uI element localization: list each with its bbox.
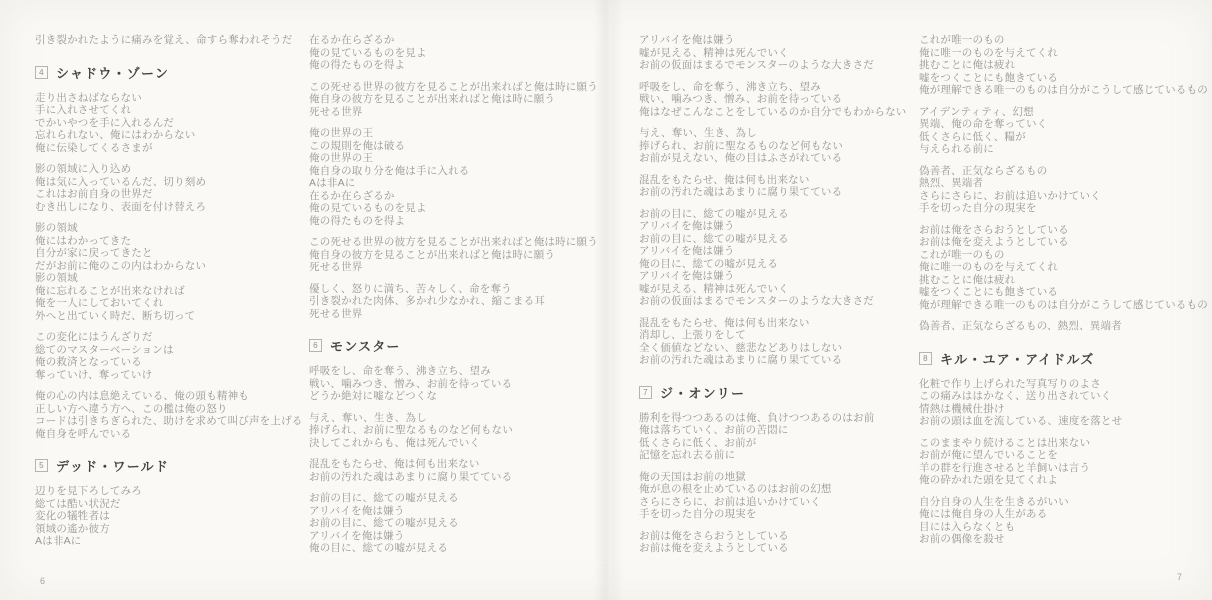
lyric-line: お前は俺を変えようとしている [919, 236, 1211, 249]
lyric-line: 嘘が見える、精神は死んでいく [639, 47, 939, 60]
lyric-line: お前の偶像を殺せ [919, 533, 1211, 546]
lyric-line: 俺が理解できる唯一のものは自分がこうして感じているもの [919, 299, 1211, 312]
lyric-line: 引き裂かれたように痛みを覚え、命すら奪われそうだ [35, 34, 323, 47]
lyric-line: 俺に唯一のものを与えてくれ [919, 261, 1211, 274]
verse: お前の目に、総ての嘘が見えるアリバイを俺は嫌うお前の目に、総ての嘘が見えるアリバ… [309, 492, 609, 555]
verse: アリバイを俺は嫌う嘘が見える、精神は死んでいくお前の仮面はまるでモンスターのよう… [639, 34, 939, 72]
lyric-line: アリバイを俺は嫌う [639, 245, 939, 258]
lyric-line: 変化の犠牲者は [35, 510, 323, 523]
verse: 偽善者、正気ならざるもの熱烈、異端者さらにさらに、お前は追いかけていく手を切った… [919, 165, 1211, 215]
lyric-line: 辺りを見下ろしてみろ [35, 485, 323, 498]
lyric-line: 総てのマスターベーションは [35, 344, 323, 357]
lyric-line: 走り出さねばならない [35, 92, 323, 105]
lyric-line: さらにさらに、お前は追いかけていく [919, 190, 1211, 203]
lyric-line: 俺にはわかってきた [35, 235, 323, 248]
lyric-line: お前の汚れた魂はあまりに腐り果てている [639, 354, 939, 367]
lyric-line: 記憶を忘れ去る前に [639, 449, 939, 462]
track-title: モンスター [330, 336, 401, 355]
lyric-line: 混乱をもたらせ、俺は何も出来ない [309, 458, 609, 471]
lyric-line: 死せる世界 [309, 261, 609, 274]
lyric-line: 俺には俺自身の人生がある [919, 508, 1211, 521]
lyric-line: 俺の世界の王 [309, 152, 609, 165]
lyric-line: さらにさらに、お前は追いかけていく [639, 496, 939, 509]
lyric-line: お前の仮面はまるでモンスターのような大きさだ [639, 59, 939, 72]
verse: 俺の世界の王この規則を俺は破る俺の世界の王俺自身の取り分を俺は手に入れるAは非A… [309, 127, 609, 227]
lyric-line: 手を切った自分の現実を [639, 508, 939, 521]
lyric-line: 俺自身の取り分を俺は手に入れる [309, 165, 609, 178]
lyric-line: 俺に忘れることが出来なければ [35, 285, 323, 298]
lyric-line: 化粧で作り上げられた写真写りのよさ [919, 378, 1211, 391]
lyric-line: 勝利を得つつあるのは俺、負けつつあるのはお前 [639, 412, 939, 425]
lyric-line: どうか絶対に嘘などつくな [309, 390, 609, 403]
verse: 優しく、怒りに満ち、苦々しく、命を奪う引き裂かれた肉体、多かれ少なかれ、縮こまる… [309, 283, 609, 321]
verse: 混乱をもたらせ、俺は何も出来ないお前の汚れた魂はあまりに腐り果てている [639, 174, 939, 199]
verse: 俺の心の内は息絶えている、俺の頭も精神も正しい方へ違う方へ、この檻は俺の怒りコー… [35, 390, 323, 440]
lyric-line: 俺の目に、総ての嘘が見える [309, 542, 609, 555]
lyric-line: 目には入らなくとも [919, 521, 1211, 534]
lyric-line: 俺が理解できる唯一のものは自分がこうして感じているもの [919, 84, 1211, 97]
lyric-line: 嘘をつくことにも飽きている [919, 286, 1211, 299]
verse: 呼吸をし、命を奪う、沸き立ち、望み戦い、噛みつき、憎み、お前を待っているどうか絶… [309, 365, 609, 403]
verse: 辺りを見下ろしてみろ総ては酷い状況だ変化の犠牲者は領域の遙か彼方Aは非Aに [35, 485, 323, 548]
lyric-line: 死せる世界 [309, 106, 609, 119]
lyric-line: このままやり続けることは出来ない [919, 437, 1211, 450]
lyric-line: 奪っていけ、奪っていけ [35, 369, 323, 382]
lyrics-column-2: 在るか在らざるか俺の見ているものを見よ俺の得たものを得よこの死せる世界の彼方を見… [309, 34, 609, 564]
lyric-line: これが唯一のもの [919, 249, 1211, 262]
verse: 与え、奪い、生き、為し捧げられ、お前に聖なるものなど何もない決してこれからも、俺… [309, 412, 609, 450]
lyric-line: 俺の世界の王 [309, 127, 609, 140]
lyric-line: アリバイを俺は嫌う [309, 505, 609, 518]
lyric-line: 戦い、噛みつき、憎み、お前を待っている [309, 378, 609, 391]
lyric-line: 与えられる前に [919, 143, 1211, 156]
lyric-line: 与え、奪い、生き、為し [309, 412, 609, 425]
lyric-line: Aは非Aに [309, 177, 609, 190]
verse: 呼吸をし、命を奪う、沸き立ち、望み戦い、噛みつき、憎み、お前を待っている俺はなぜ… [639, 81, 939, 119]
lyric-line: アリバイを俺は嫌う [639, 34, 939, 47]
track-number-box: 8 [919, 352, 932, 365]
track-heading: 6モンスター [309, 338, 609, 353]
verse: これが唯一のもの俺に唯一のものを与えてくれ挑むことに俺は疲れ嘘をつくことにも飽き… [919, 34, 1211, 97]
lyric-line: この変化にはうんざりだ [35, 331, 323, 344]
lyric-line: 俺の見ているものを見よ [309, 47, 609, 60]
verse: この変化にはうんざりだ総てのマスターベーションは俺の救済となっている奪っていけ、… [35, 331, 323, 381]
lyric-line: 混乱をもたらせ、俺は何も出来ない [639, 317, 939, 330]
lyric-line: 呼吸をし、命を奪う、沸き立ち、望み [309, 365, 609, 378]
lyric-line: お前の仮面はまるでモンスターのような大きさだ [639, 295, 939, 308]
lyric-line: お前が俺に望んでいることを [919, 449, 1211, 462]
lyric-line: 偽善者、正気ならざるもの、熱烈、異端者 [919, 320, 1211, 333]
verse: お前は俺をさらおうとしているお前は俺を変えようとしている [639, 530, 939, 555]
lyric-line: 俺の天国はお前の地獄 [639, 471, 939, 484]
track-heading: 7ジ・オンリー [639, 385, 939, 400]
lyric-line: お前は俺をさらおうとしている [919, 224, 1211, 237]
lyric-line: 総ては酷い状況だ [35, 498, 323, 511]
track-title: シャドウ・ゾーン [56, 63, 169, 82]
lyric-line: アリバイを俺は嫌う [639, 270, 939, 283]
lyric-line: アリバイを俺は嫌う [639, 220, 939, 233]
track-heading: 4シャドウ・ゾーン [35, 65, 323, 80]
lyric-line: 手を切った自分の現実を [919, 202, 1211, 215]
lyric-line: 熱烈、異端者 [919, 177, 1211, 190]
track-number-box: 6 [309, 339, 322, 352]
lyric-line: 捧げられ、お前に聖なるものなど何もない [639, 140, 939, 153]
lyric-line: 俺が息の根を止めているのはお前の幻想 [639, 483, 939, 496]
lyric-line: 俺の得たものを得よ [309, 59, 609, 72]
lyric-line: 俺の得たものを得よ [309, 215, 609, 228]
verse: 影の領域に入り込め俺は気に入っているんだ、切り刻めこれはお前自身の世界だむき出し… [35, 163, 323, 213]
lyric-line: お前は俺をさらおうとしている [639, 530, 939, 543]
booklet-spread: 引き裂かれたように痛みを覚え、命すら奪われそうだ4シャドウ・ゾーン走り出さねばな… [0, 0, 1212, 600]
lyric-line: お前の目に、総ての嘘が見える [639, 233, 939, 246]
verse: 混乱をもたらせ、俺は何も出来ないお前の汚れた魂はあまりに腐り果てている [309, 458, 609, 483]
lyric-line: 情熱は機械仕掛け [919, 403, 1211, 416]
lyric-line: 影の領域に入り込め [35, 163, 323, 176]
lyric-line: 在るか在らざるか [309, 190, 609, 203]
lyric-line: 挑むことに俺は疲れ [919, 59, 1211, 72]
lyric-line: 影の領域 [35, 222, 323, 235]
verse: お前は俺をさらおうとしているお前は俺を変えようとしているこれが唯一のもの俺に唯一… [919, 224, 1211, 312]
lyric-line: 俺に唯一のものを与えてくれ [919, 47, 1211, 60]
lyric-line: 決してこれからも、俺は死んでいく [309, 437, 609, 450]
lyric-line: 羊の群を行進させると羊飼いは言う [919, 462, 1211, 475]
lyrics-column-3: アリバイを俺は嫌う嘘が見える、精神は死んでいくお前の仮面はまるでモンスターのよう… [639, 34, 939, 564]
lyric-line: お前の頭は血を流している、速度を落とせ [919, 415, 1211, 428]
track-title: キル・ユア・アイドルズ [940, 349, 1095, 368]
verse: 俺の天国はお前の地獄俺が息の根を止めているのはお前の幻想さらにさらに、お前は追い… [639, 471, 939, 521]
lyric-line: 低くさらに低く、糧が [919, 131, 1211, 144]
verse: 偽善者、正気ならざるもの、熱烈、異端者 [919, 320, 1211, 333]
track-title: ジ・オンリー [660, 383, 745, 402]
track-title: デッド・ワールド [56, 456, 169, 475]
lyric-line: 外へと出ていく時だ、断ち切って [35, 310, 323, 323]
verse: このままやり続けることは出来ないお前が俺に望んでいることを羊の群を行進させると羊… [919, 437, 1211, 487]
lyric-line: アイデンティティ、幻想 [919, 106, 1211, 119]
lyric-line: 消却し、上張りをして [639, 329, 939, 342]
lyric-line: これが唯一のもの [919, 34, 1211, 47]
verse: 在るか在らざるか俺の見ているものを見よ俺の得たものを得よ [309, 34, 609, 72]
lyric-line: 領域の遙か彼方 [35, 523, 323, 536]
lyric-line: 俺に伝染してくるさまが [35, 142, 323, 155]
verse: 走り出さねばならない手に入れさせてくれでかいやつを手に入れるんだ忘れられない、俺… [35, 92, 323, 155]
verse: 化粧で作り上げられた写真写りのよさこの痛みははかなく、送り出されていく情熱は機械… [919, 378, 1211, 428]
track-number-box: 7 [639, 386, 652, 399]
lyric-line: 手に入れさせてくれ [35, 104, 323, 117]
verse: 影の領域俺にはわかってきた自分が家に戻ってきたとだがお前に俺のこの内はわからない… [35, 222, 323, 322]
track-number-box: 4 [35, 66, 48, 79]
lyric-line: 俺を一人にしておいてくれ [35, 297, 323, 310]
verse: アイデンティティ、幻想異端、俺の命を奪っていく低くさらに低く、糧が与えられる前に [919, 106, 1211, 156]
lyric-line: 正しい方へ違う方へ、この檻は俺の怒り [35, 403, 323, 416]
track-heading: 8キル・ユア・アイドルズ [919, 351, 1211, 366]
lyric-line: 自分自身の人生を生きるがいい [919, 496, 1211, 509]
lyric-line: 呼吸をし、命を奪う、沸き立ち、望み [639, 81, 939, 94]
lyric-line: 異端、俺の命を奪っていく [919, 118, 1211, 131]
lyric-line: 俺の目に、総ての嘘が見える [639, 258, 939, 271]
lyric-line: 俺は気に入っているんだ、切り刻め [35, 176, 323, 189]
lyric-line: 在るか在らざるか [309, 34, 609, 47]
lyric-line: だがお前に俺のこの内はわからない [35, 260, 323, 273]
lyric-line: 引き裂かれた肉体、多かれ少なかれ、縮こまる耳 [309, 295, 609, 308]
lyric-line: Aは非Aに [35, 535, 323, 548]
lyric-line: 与え、奪い、生き、為し [639, 127, 939, 140]
lyric-line: お前の目に、総ての嘘が見える [639, 208, 939, 221]
lyric-line: 混乱をもたらせ、俺は何も出来ない [639, 174, 939, 187]
lyrics-column-1: 引き裂かれたように痛みを覚え、命すら奪われそうだ4シャドウ・ゾーン走り出さねばな… [35, 34, 323, 557]
verse: この死せる世界の彼方を見ることが出来ればと俺は時に願う俺自身の彼方を見ることが出… [309, 236, 609, 274]
lyric-line: お前は俺を変えようとしている [639, 542, 939, 555]
lyric-line: お前の目に、総ての嘘が見える [309, 517, 609, 530]
lyric-line: 俺の救済となっている [35, 356, 323, 369]
lyric-line: お前の目に、総ての嘘が見える [309, 492, 609, 505]
page-number-left: 6 [40, 576, 45, 586]
lyric-line: 全く価値などない、慈悲などありはしない [639, 342, 939, 355]
lyric-line: アリバイを俺は嫌う [309, 530, 609, 543]
verse: 自分自身の人生を生きるがいい俺には俺自身の人生がある目には入らなくともお前の偶像… [919, 496, 1211, 546]
lyric-line: 優しく、怒りに満ち、苦々しく、命を奪う [309, 283, 609, 296]
lyric-line: この死せる世界の彼方を見ることが出来ればと俺は時に願う [309, 236, 609, 249]
lyric-line: 俺自身の彼方を見ることが出来ればと俺は時に願う [309, 93, 609, 106]
lyric-line: 偽善者、正気ならざるもの [919, 165, 1211, 178]
lyric-line: 俺は落ちていく、お前の苦悶に [639, 424, 939, 437]
track-number-box: 5 [35, 459, 48, 472]
lyric-line: 自分が家に戻ってきたと [35, 247, 323, 260]
lyric-line: 挑むことに俺は疲れ [919, 274, 1211, 287]
lyric-line: むき出しになり、表面を付け替えろ [35, 201, 323, 214]
track-heading: 5デッド・ワールド [35, 458, 323, 473]
verse: 勝利を得つつあるのは俺、負けつつあるのはお前俺は落ちていく、お前の苦悶に低くさら… [639, 412, 939, 462]
lyric-line: 戦い、噛みつき、憎み、お前を待っている [639, 93, 939, 106]
lyric-line: お前の汚れた魂はあまりに腐り果てている [309, 471, 609, 484]
verse: お前の目に、総ての嘘が見えるアリバイを俺は嫌うお前の目に、総ての嘘が見えるアリバ… [639, 208, 939, 308]
lyric-line: 俺の心の内は息絶えている、俺の頭も精神も [35, 390, 323, 403]
lyric-line: 嘘が見える、精神は死んでいく [639, 283, 939, 296]
lyric-line: 俺の砕かれた頭を見てくれよ [919, 474, 1211, 487]
lyric-line: 俺の見ているものを見よ [309, 202, 609, 215]
lyric-line: 俺自身の彼方を見ることが出来ればと俺は時に願う [309, 249, 609, 262]
lyric-line: 死せる世界 [309, 308, 609, 321]
lyric-line: 忘れられない、俺にはわからない [35, 129, 323, 142]
lyric-line: 嘘をつくことにも飽きている [919, 72, 1211, 85]
page-number-right: 7 [1177, 572, 1182, 582]
lyric-line: 捧げられ、お前に聖なるものなど何もない [309, 424, 609, 437]
lyrics-column-4: これが唯一のもの俺に唯一のものを与えてくれ挑むことに俺は疲れ嘘をつくことにも飽き… [919, 34, 1211, 555]
verse: 与え、奪い、生き、為し捧げられ、お前に聖なるものなど何もないお前が見えない、俺の… [639, 127, 939, 165]
lyric-line: お前が見えない、俺の目はふさがれている [639, 152, 939, 165]
lyric-line: 低くさらに低く、お前が [639, 437, 939, 450]
lyric-line: この痛みははかなく、送り出されていく [919, 390, 1211, 403]
lyric-line: お前の汚れた魂はあまりに腐り果てている [639, 186, 939, 199]
lyric-line: でかいやつを手に入れるんだ [35, 117, 323, 130]
lyric-line: 影の領域 [35, 272, 323, 285]
lyric-line: この死せる世界の彼方を見ることが出来ればと俺は時に願う [309, 81, 609, 94]
lyric-line: 俺はなぜこんなことをしているのか自分でもわからない [639, 106, 939, 119]
verse: 引き裂かれたように痛みを覚え、命すら奪われそうだ [35, 34, 323, 47]
verse: 混乱をもたらせ、俺は何も出来ない消却し、上張りをして全く価値などない、慈悲などあ… [639, 317, 939, 367]
lyric-line: 俺自身を呼んでいる [35, 428, 323, 441]
lyric-line: これはお前自身の世界だ [35, 188, 323, 201]
lyric-line: この規則を俺は破る [309, 140, 609, 153]
lyric-line: コードは引きちぎられた、助けを求めて叫び声を上げる [35, 415, 323, 428]
verse: この死せる世界の彼方を見ることが出来ればと俺は時に願う俺自身の彼方を見ることが出… [309, 81, 609, 119]
